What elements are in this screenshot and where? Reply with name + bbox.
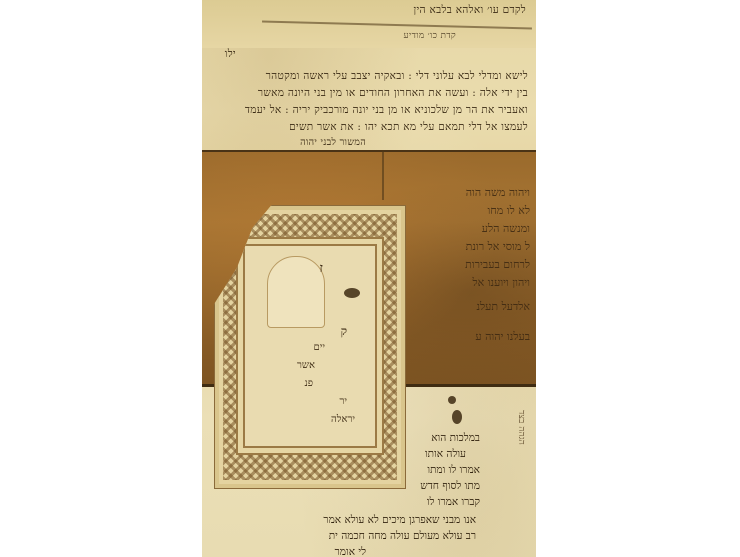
top-line-1: לקדם עו׳ ואלהא בלבא הין xyxy=(414,4,526,16)
ink-stain xyxy=(344,288,360,298)
band-line-4: ל מוסי אל רונת xyxy=(466,240,530,253)
top-line-4: לישא ומדלי לבא עלוני דלי : ובאקיה יצבב ע… xyxy=(266,70,528,82)
lower-line-5: קברו אמרו לו xyxy=(427,496,480,508)
inscription-7: יראלה xyxy=(331,414,355,425)
lower-line-7: רב עולא מעולם עולה מחה חכמה ית xyxy=(329,530,476,542)
band-line-8: בעלנו יהוה ע xyxy=(475,330,530,343)
inscription-5: פנ xyxy=(305,378,314,389)
panel-arch xyxy=(267,256,325,328)
lower-line-6: אנו מבני שאפרגן מיכים לא עולא אמר xyxy=(323,514,476,526)
inscription-4: אשר xyxy=(297,360,315,371)
band-line-1: ויהוה משה הוה xyxy=(466,186,530,199)
band-line-7: אלדעל תעלנ xyxy=(476,300,530,313)
top-line-6: ואעביר את הר מן שלכוניא או מן בני יונה מ… xyxy=(245,104,528,116)
lower-line-4: מתו לסוף חדש xyxy=(420,480,480,492)
inscription-2: ק xyxy=(341,324,347,339)
band-seam xyxy=(382,150,384,200)
band-line-2: לא לו מחו xyxy=(487,204,530,217)
top-line-8: המשור לבני יהוה xyxy=(300,137,366,148)
inscription-3: יים xyxy=(314,342,325,353)
top-line-3: ילו xyxy=(225,48,236,60)
band-line-5: לרחום בעבירות xyxy=(465,258,530,271)
panel-inner-frame: ז ק יים אשר פנ יר יראלה xyxy=(243,244,377,448)
band-line-6: ויהון ויוענו אל xyxy=(472,276,530,289)
lower-line-1: במלכות הוא xyxy=(431,432,480,444)
top-line-5: בין ידי אלה : ועשה את האחרון החודים או מ… xyxy=(258,87,528,99)
ink-stain xyxy=(448,396,456,404)
lower-line-3: אמרו לו ומתו xyxy=(427,464,480,476)
inscription-6: יר xyxy=(339,396,347,407)
band-line-3: ומנשה הלע xyxy=(482,222,530,235)
top-line-7: לעמצו אל דלי תמאם עלי מא תכא יהו : את אש… xyxy=(289,121,528,133)
lower-line-2: עולה אותו xyxy=(425,448,466,460)
top-line-2: קדת כו׳ מודיע xyxy=(404,30,456,41)
manuscript-page: לקדם עו׳ ואלהא בלבא הין קדת כו׳ מודיע יל… xyxy=(202,0,536,557)
inscription-1: ז xyxy=(319,260,323,276)
ink-stain xyxy=(452,410,462,424)
lower-line-8: לי אומר xyxy=(335,546,366,557)
margin-note: הגהה בצד xyxy=(516,410,526,445)
